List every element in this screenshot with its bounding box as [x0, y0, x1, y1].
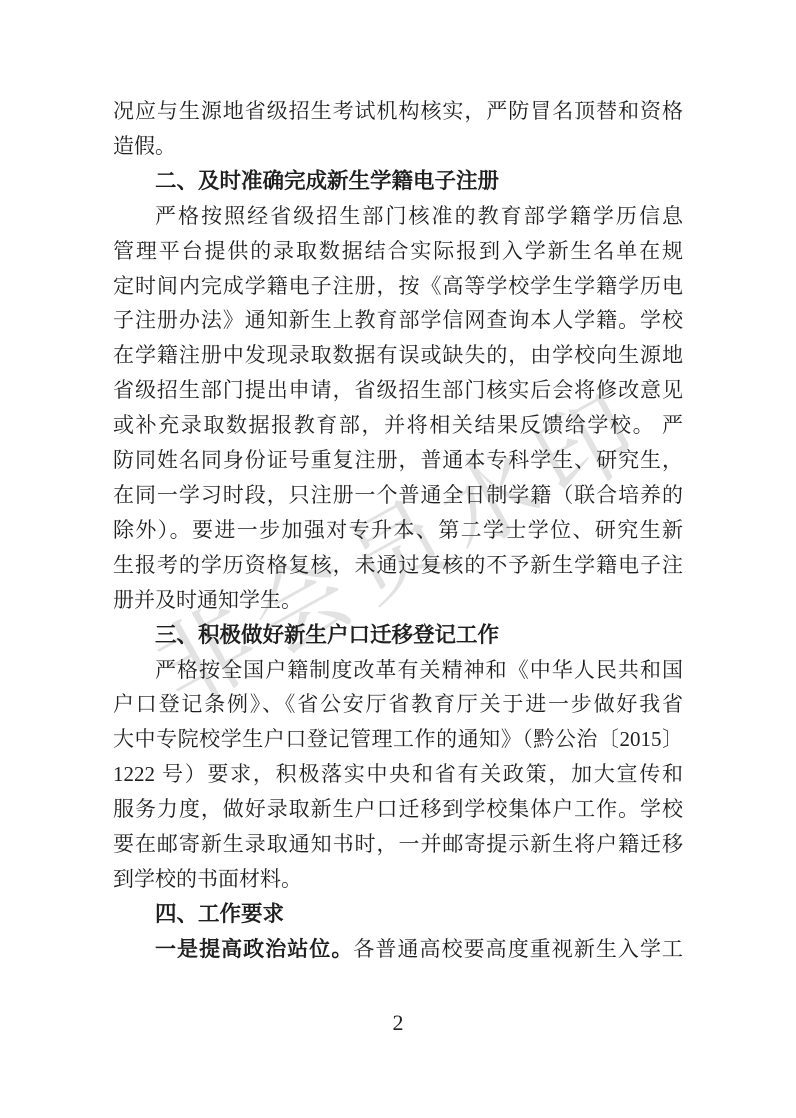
text-line: 定时间内完成学籍电子注册，按《高等学校学生学籍学历电: [113, 269, 683, 304]
text-line: 况应与生源地省级招生考试机构核实，严防冒名顶替和资格: [113, 94, 683, 129]
text-line: 除外）。要进一步加强对专升本、第二学士学位、研究生新: [113, 513, 683, 548]
text-line: 在同一学习时段，只注册一个普通全日制学籍（联合培养的: [113, 478, 683, 513]
text-line: 生报考的学历资格复核，未通过复核的不予新生学籍电子注: [113, 548, 683, 583]
section-heading: 三、积极做好新生户口迁移登记工作: [113, 618, 683, 653]
text-line: 服务力度，做好录取新生户口迁移到学校集体户工作。学校: [113, 792, 683, 827]
text-line: 子注册办法》通知新生上教育部学信网查询本人学籍。学校: [113, 303, 683, 338]
bold-run: 一是提高政治站位。: [155, 938, 353, 961]
page-number: 2: [0, 1008, 796, 1038]
text-line: 省级招生部门提出申请，省级招生部门核实后会将修改意见: [113, 373, 683, 408]
text-line: 在学籍注册中发现录取数据有误或缺失的，由学校向生源地: [113, 338, 683, 373]
text-line: 册并及时通知学生。: [113, 583, 683, 618]
text-line: 管理平台提供的录取数据结合实际报到入学新生名单在规: [113, 234, 683, 269]
text-line: 造假。: [113, 129, 683, 164]
text-line: 到学校的书面材料。: [113, 862, 683, 897]
text-line: 1222 号）要求，积极落实中央和省有关政策，加大宣传和: [113, 757, 683, 792]
section-heading: 二、及时准确完成新生学籍电子注册: [113, 164, 683, 199]
text-line: 防同姓名同身份证号重复注册，普通本专科学生、研究生，: [113, 443, 683, 478]
document-body: 况应与生源地省级招生考试机构核实，严防冒名顶替和资格造假。二、及时准确完成新生学…: [113, 94, 683, 968]
text-line: 或补充录取数据报教育部，并将相关结果反馈给学校。 严: [113, 408, 683, 443]
text-line: 户口登记条例》、《省公安厅省教育厅关于进一步做好我省: [113, 687, 683, 722]
section-heading: 四、工作要求: [113, 897, 683, 932]
document-page: 非会员水印 况应与生源地省级招生考试机构核实，严防冒名顶替和资格造假。二、及时准…: [0, 0, 796, 1118]
text-line: 一是提高政治站位。各普通高校要高度重视新生入学工: [113, 932, 683, 968]
text-line: 要在邮寄新生录取通知书时，一并邮寄提示新生将户籍迁移: [113, 827, 683, 862]
text-line: 严格按照经省级招生部门核准的教育部学籍学历信息: [113, 199, 683, 234]
text-line: 严格按全国户籍制度改革有关精神和《中华人民共和国: [113, 653, 683, 688]
text-line: 大中专院校学生户口登记管理工作的通知》（黔公治〔2015〕: [113, 722, 683, 757]
